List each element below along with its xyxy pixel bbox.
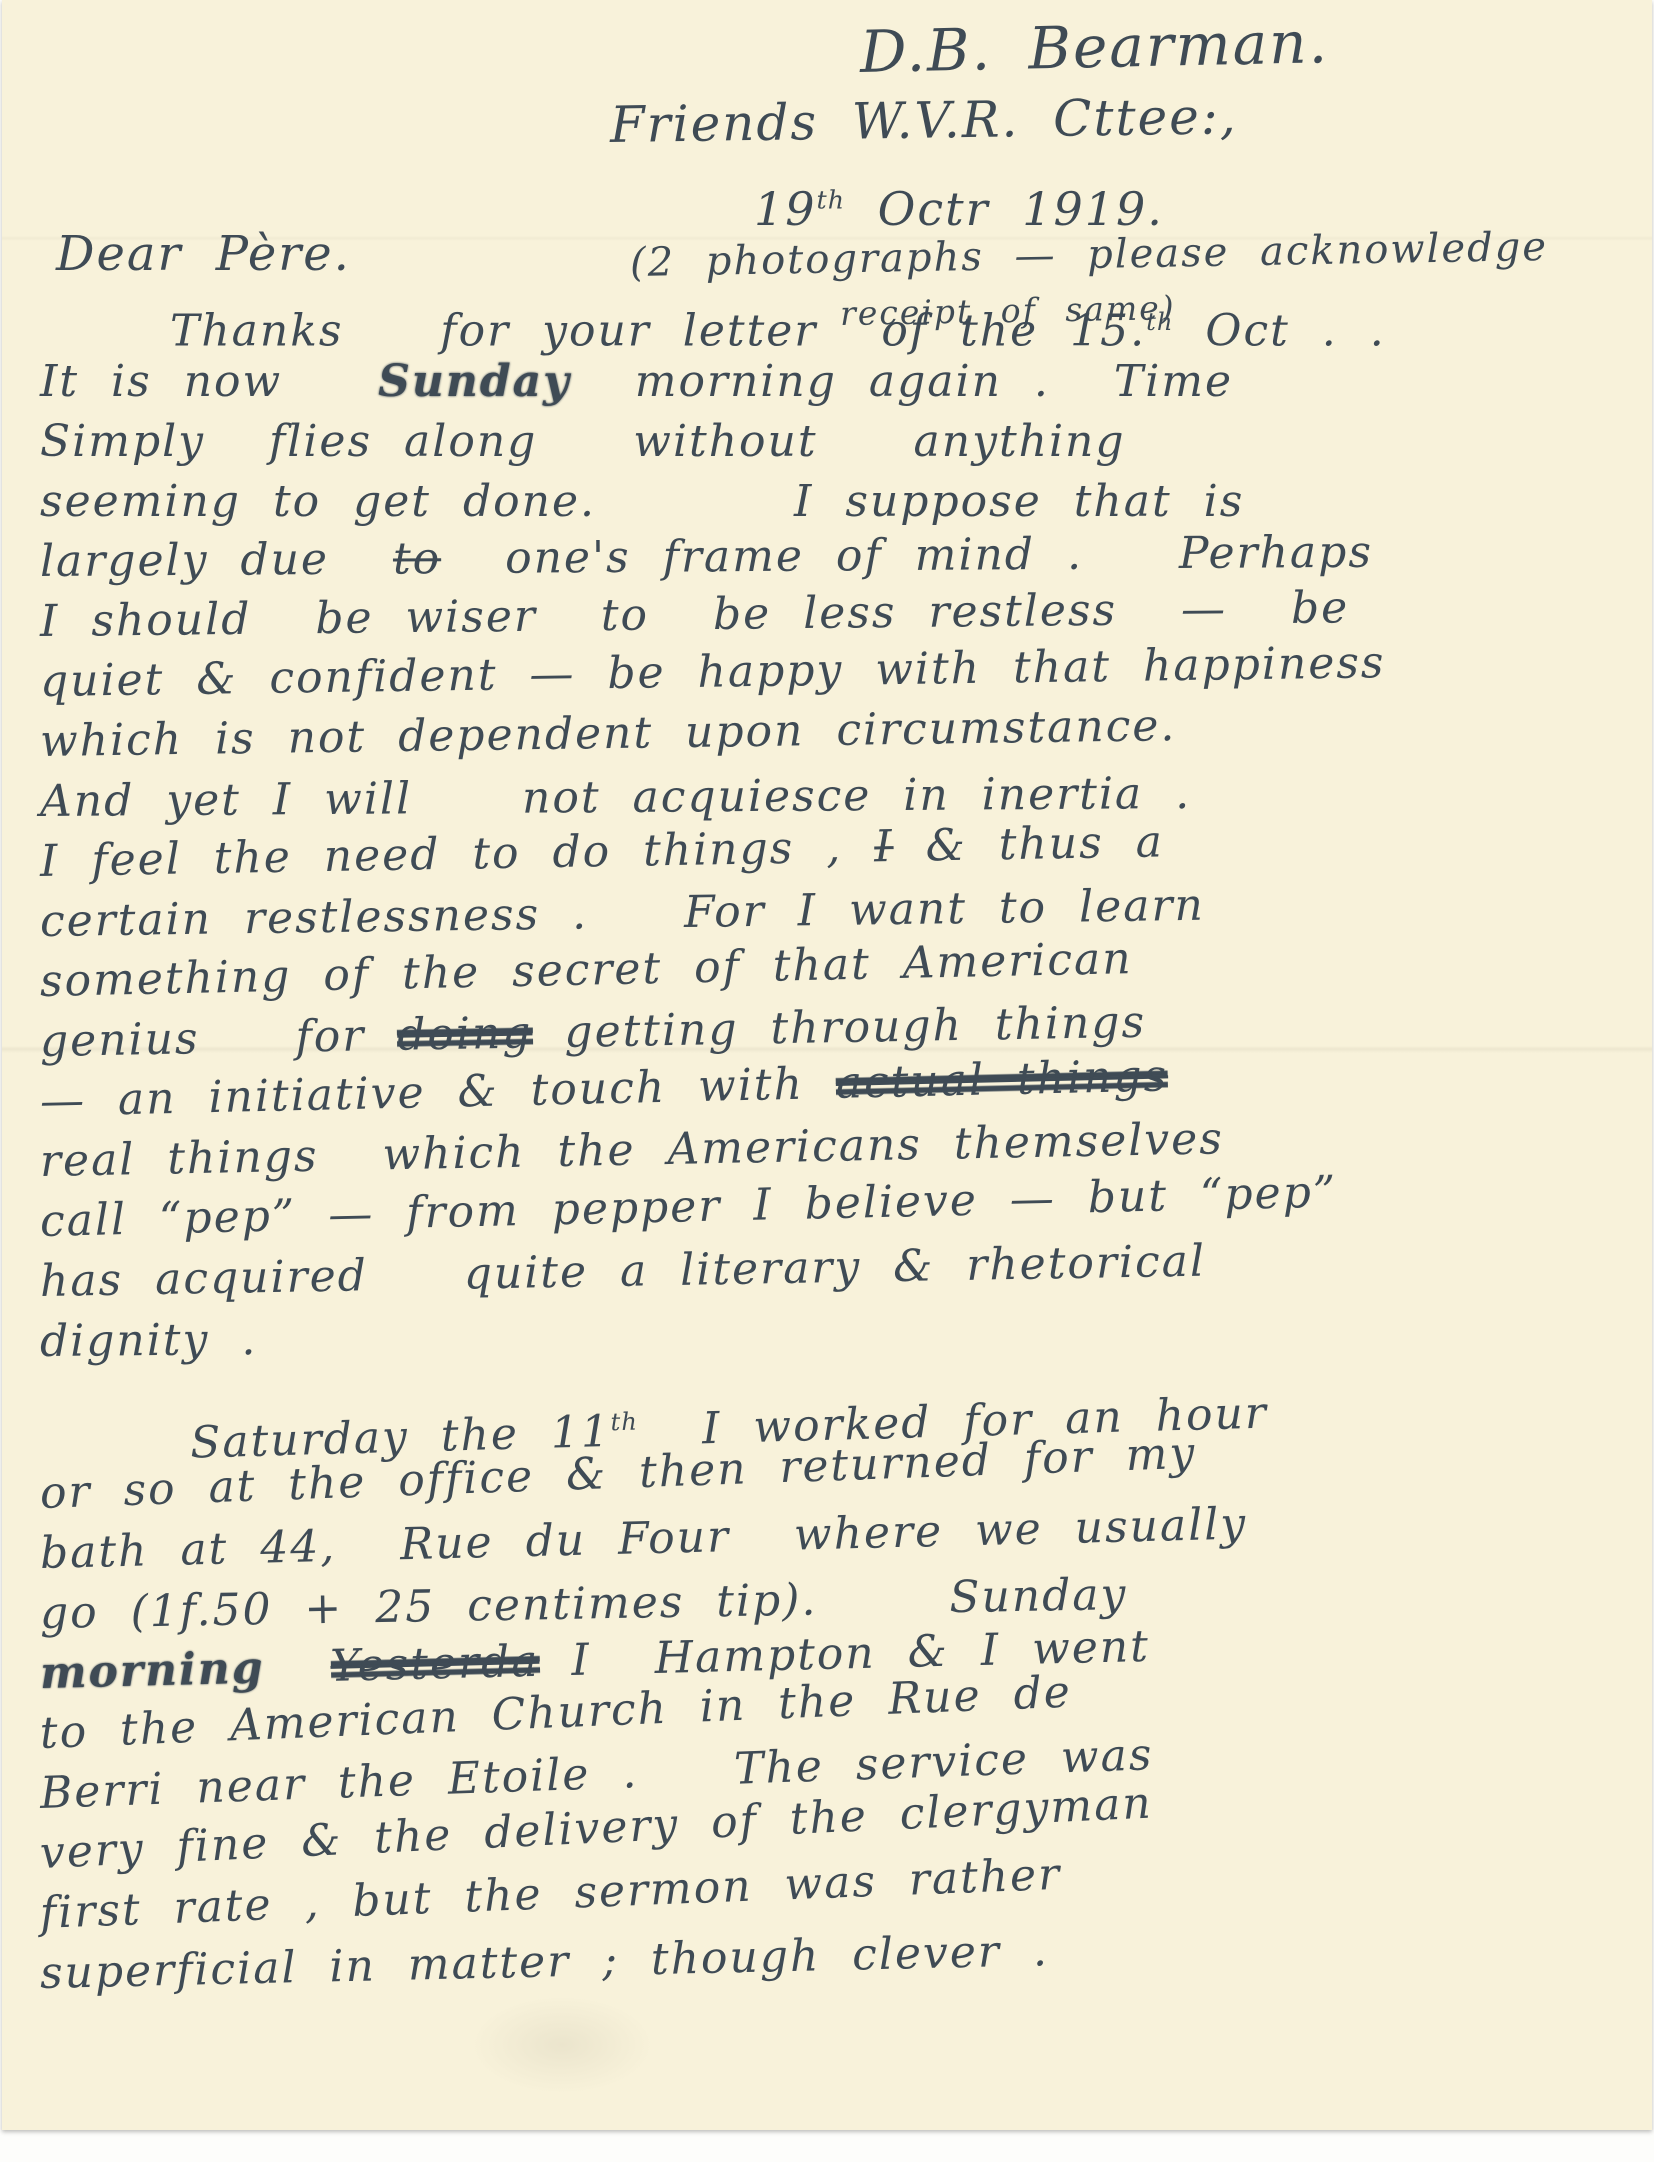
handwritten-text: — an initiative & touch with [39,1058,836,1127]
handwritten-text: Sunday [378,356,571,407]
handwritten-text: Thanks [170,306,344,357]
word-gap [596,515,794,516]
crossed-out-text: doing [397,1007,533,1060]
date-day: 19 [754,182,817,236]
sender-organization: Friends W.V.R. Cttee:, [610,87,1238,154]
word-gap [344,345,441,346]
handwritten-text: It is now [40,356,378,407]
letter-line: dignity . [40,1298,1638,1372]
handwritten-text: dignity . [40,1314,258,1367]
crossed-out-text: I [874,821,894,872]
word-gap [265,1680,331,1683]
word-gap [818,1611,950,1614]
letter-date: 19th Octr 1919. [754,182,1164,236]
handwritten-text: th [1146,308,1173,336]
letter-paper: D.B. Bearman. Friends W.V.R. Cttee:, 19t… [2,0,1652,2130]
handwritten-text: seeming to get done. [40,476,596,527]
crossed-out-text: Yesterda [330,1636,540,1692]
handwritten-text: for your letter of the 15. [440,306,1146,357]
handwritten-text: genius for [40,1010,398,1067]
handwritten-text: I feel the need to do things , [40,821,875,887]
handwritten-text: I suppose that is [794,476,1244,527]
letter-line: Thanksfor your letter of the 15.th Oct .… [170,292,1638,352]
handwritten-text: largely due [40,534,393,587]
letter-line: It is now Sunday morning again . Time [40,352,1638,412]
handwritten-text: one's frame of mind . Perhaps [441,527,1373,585]
handwritten-text: th [610,1407,638,1436]
sender-name: D.B. Bearman. [859,8,1329,86]
handwritten-text: & thus a [893,816,1164,872]
letter-body: Thanksfor your letter of the 15.th Oct .… [40,292,1638,2004]
handwritten-text: Sunday [949,1569,1128,1623]
crossed-out-text: actual things [835,1050,1168,1109]
salutation: Dear Père. [56,226,351,282]
crossed-out-text: to [393,533,442,584]
handwritten-text: morning [39,1643,265,1699]
handwritten-text: morning again . Time [571,356,1233,407]
handwritten-text: Simply flies along without anything [40,416,1126,467]
word-gap [412,812,522,814]
handwritten-text: Oct . . [1173,306,1385,357]
scanned-letter-page: D.B. Bearman. Friends W.V.R. Cttee:, 19t… [0,0,1654,2162]
date-month-year: Octr 1919. [845,182,1164,236]
handwritten-text: which is not dependent upon circumstance… [40,700,1177,767]
letter-line: Simply flies along without anything [40,412,1638,472]
date-ordinal-suffix: th [817,186,845,215]
handwritten-text: And yet I will [40,773,412,827]
